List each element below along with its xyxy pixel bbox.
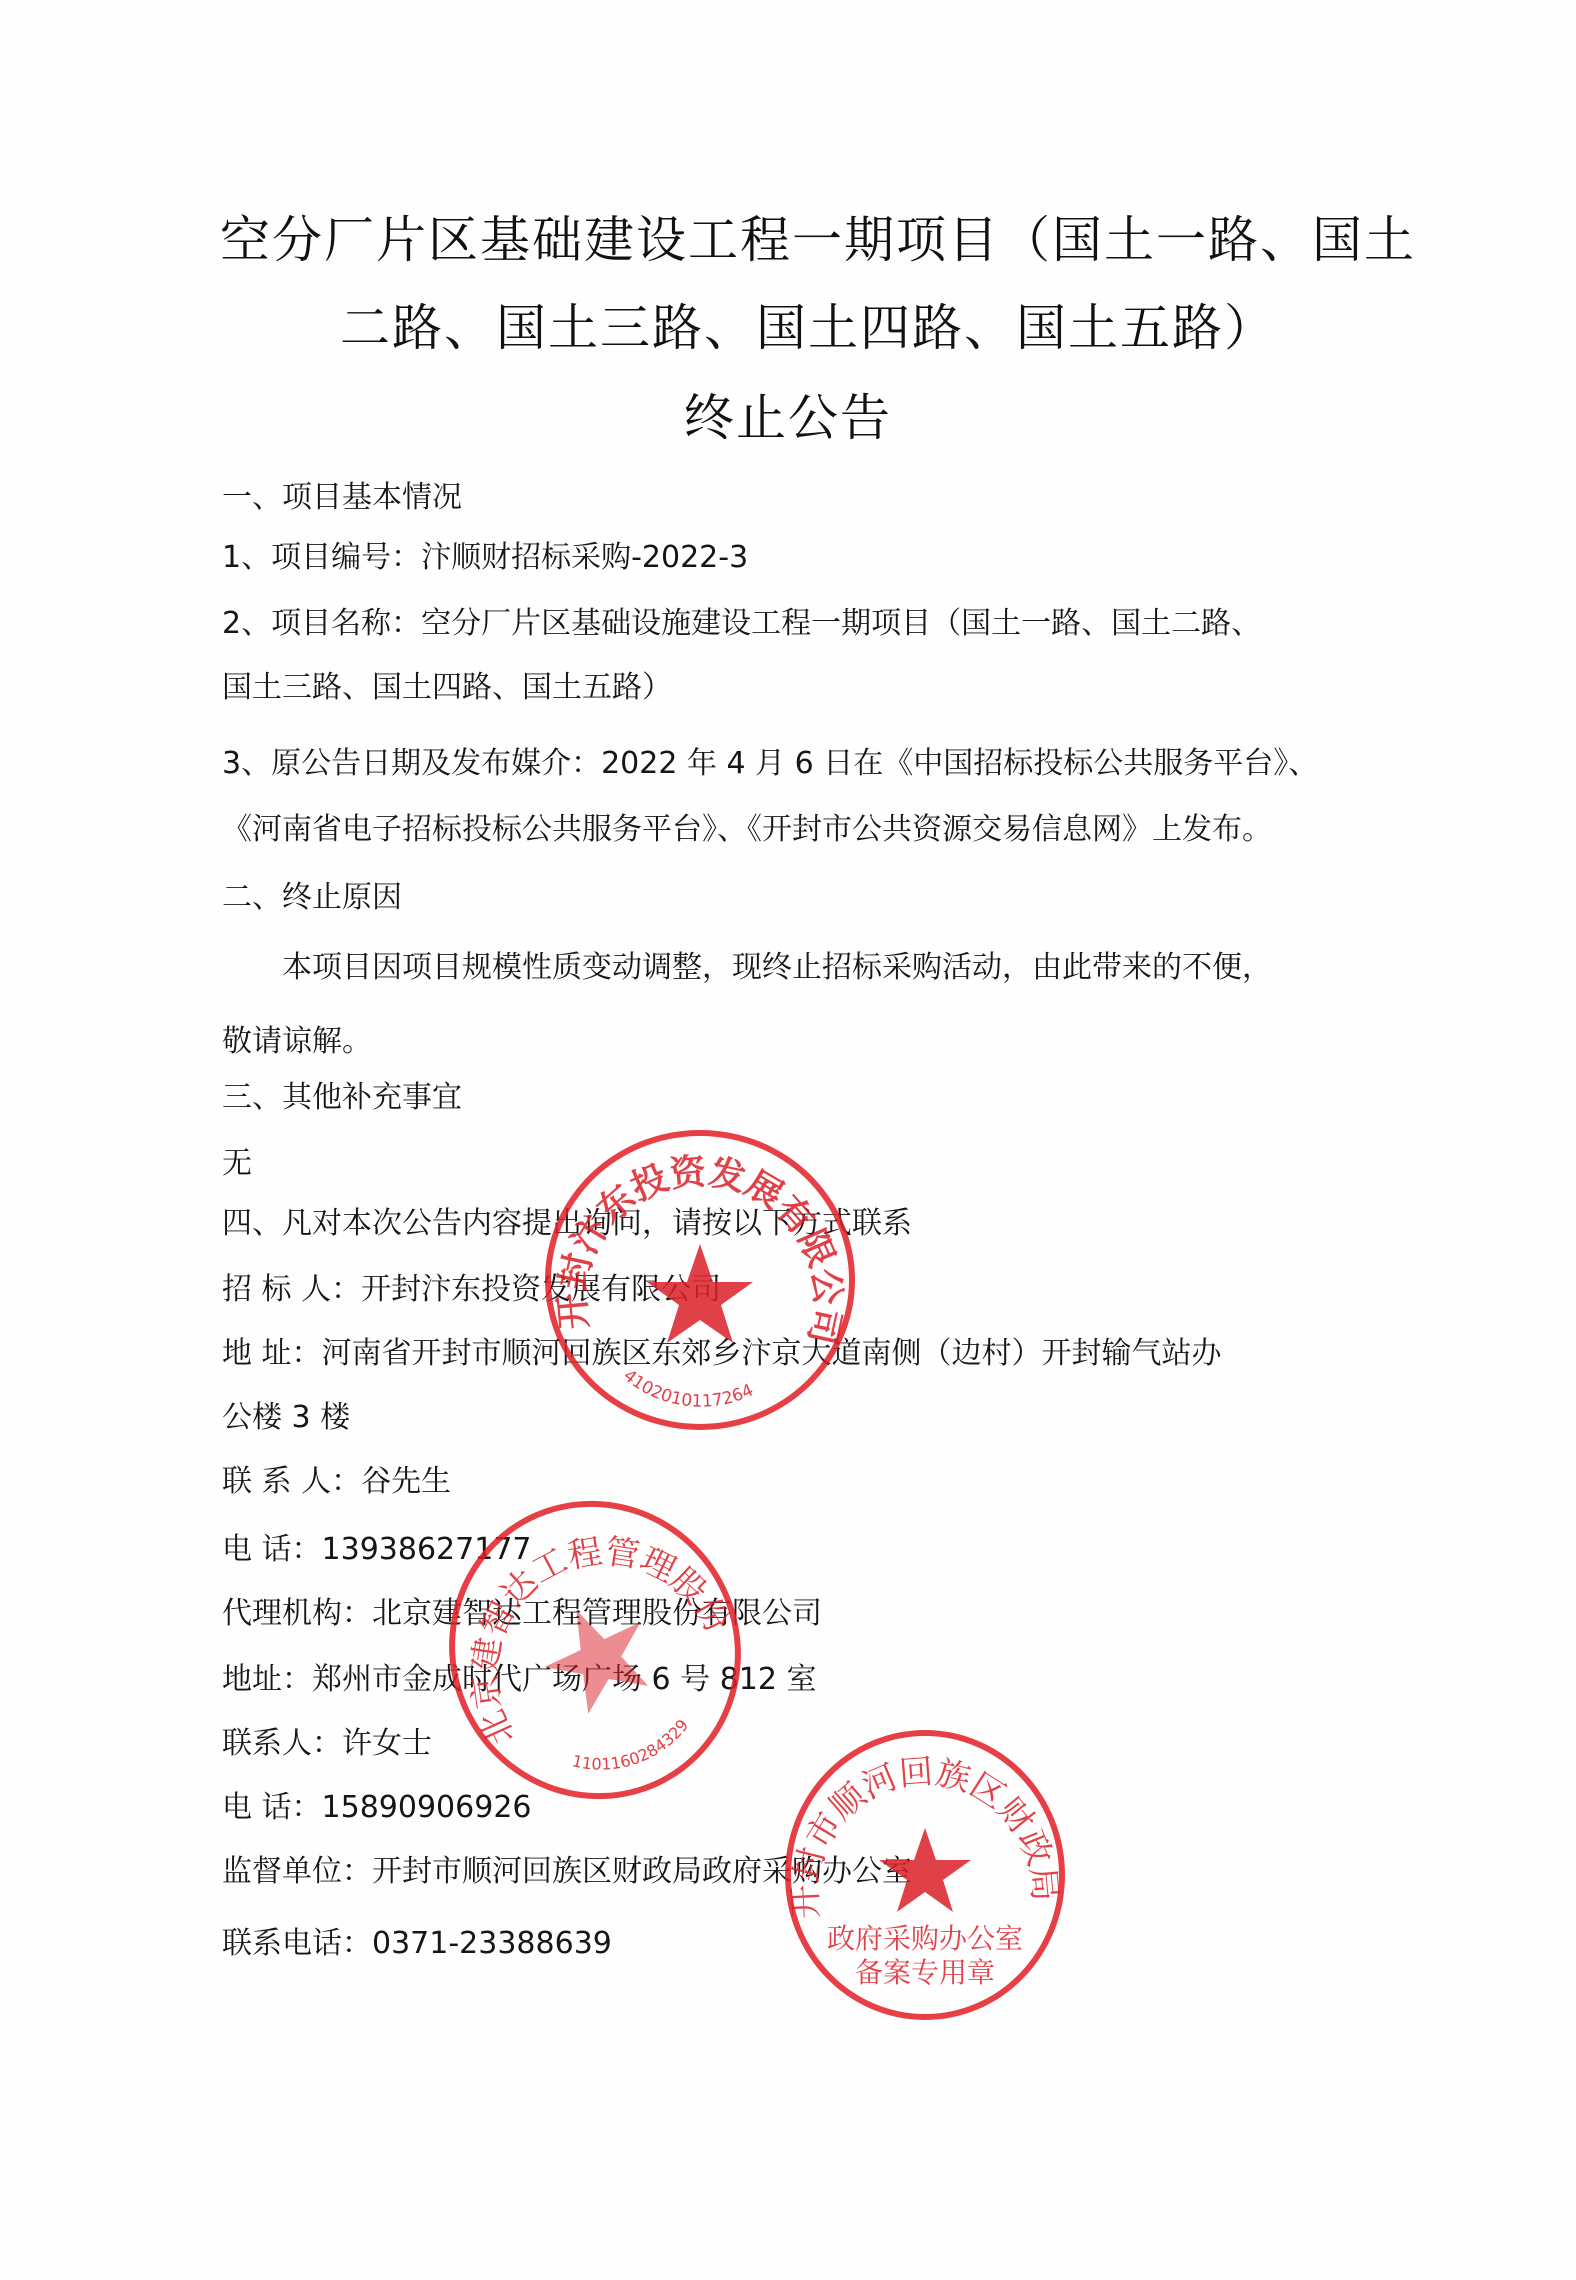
title-line-3: 终止公告 [0, 378, 1576, 450]
seal-graphic: 北京建智达工程管理股份有限公司 1101160284329 [408, 1461, 782, 1840]
tenderer: 招 标 人：开封汴东投资发展有限公司 [222, 1270, 721, 1310]
svg-text:开封汴东投资发展有限公司: 开封汴东投资发展有限公司 [552, 1151, 848, 1348]
tenderer-address-line-2: 公楼 3 楼 [222, 1398, 350, 1438]
section1-heading: 一、项目基本情况 [222, 478, 462, 518]
agency-contact: 联系人：许女士 [222, 1724, 432, 1764]
project-name-line-1: 2、项目名称：空分厂片区基础设施建设工程一期项目（国土一路、国土二路、 [222, 604, 1261, 644]
supervisor-phone: 联系电话：0371-23388639 [222, 1924, 612, 1964]
agency-name: 代理机构：北京建智达工程管理股份有限公司 [222, 1594, 822, 1634]
section2-heading: 二、终止原因 [222, 878, 402, 918]
document-page: 空分厂片区基础建设工程一期项目（国土一路、国土 二路、国土三路、国土四路、国土五… [0, 0, 1576, 2280]
section4-heading: 四、凡对本次公告内容提出询问，请按以下方式联系 [222, 1204, 912, 1244]
section3-heading: 三、其他补充事宜 [222, 1078, 462, 1118]
project-name-line-2: 国土三路、国土四路、国土五路） [222, 668, 672, 708]
svg-text:政府采购办公室: 政府采购办公室 [827, 1922, 1023, 1955]
original-notice-line-2: 《河南省电子招标投标公共服务平台》、《开封市公共资源交易信息网》上发布。 [222, 810, 1272, 850]
agency-phone: 电 话：15890906926 [222, 1788, 532, 1828]
tenderer-phone: 电 话：13938627177 [222, 1530, 532, 1570]
project-number: 1、项目编号：汴顺财招标采购-2022-3 [222, 538, 748, 578]
section3-body: 无 [222, 1144, 252, 1184]
tenderer-contact: 联 系 人：谷先生 [222, 1462, 451, 1502]
svg-text:开封市顺河回族区财政局: 开封市顺河回族区财政局 [785, 1752, 1065, 1920]
supervisor: 监督单位：开封市顺河回族区财政局政府采购办公室 [222, 1852, 912, 1892]
termination-reason-line-2: 敬请谅解。 [222, 1022, 372, 1062]
svg-text:1101160284329: 1101160284329 [564, 1702, 698, 1794]
agency-address: 地址：郑州市金成时代广场广场 6 号 812 室 [222, 1660, 817, 1700]
title-line-1: 空分厂片区基础建设工程一期项目（国土一路、国土 [220, 200, 1416, 272]
termination-reason-line-1: 本项目因项目规模性质变动调整，现终止招标采购活动，由此带来的不便， [282, 948, 1272, 988]
svg-text:备案专用章: 备案专用章 [855, 1956, 995, 1989]
tenderer-address-line-1: 地 址：河南省开封市顺河回族区东郊乡汴京大道南侧（边村）开封输气站办 [222, 1334, 1222, 1374]
original-notice-line-1: 3、原公告日期及发布媒介：2022 年 4 月 6 日在《中国招标投标公共服务平… [222, 744, 1318, 784]
title-line-2: 二路、国土三路、国土四路、国土五路） [340, 288, 1276, 360]
